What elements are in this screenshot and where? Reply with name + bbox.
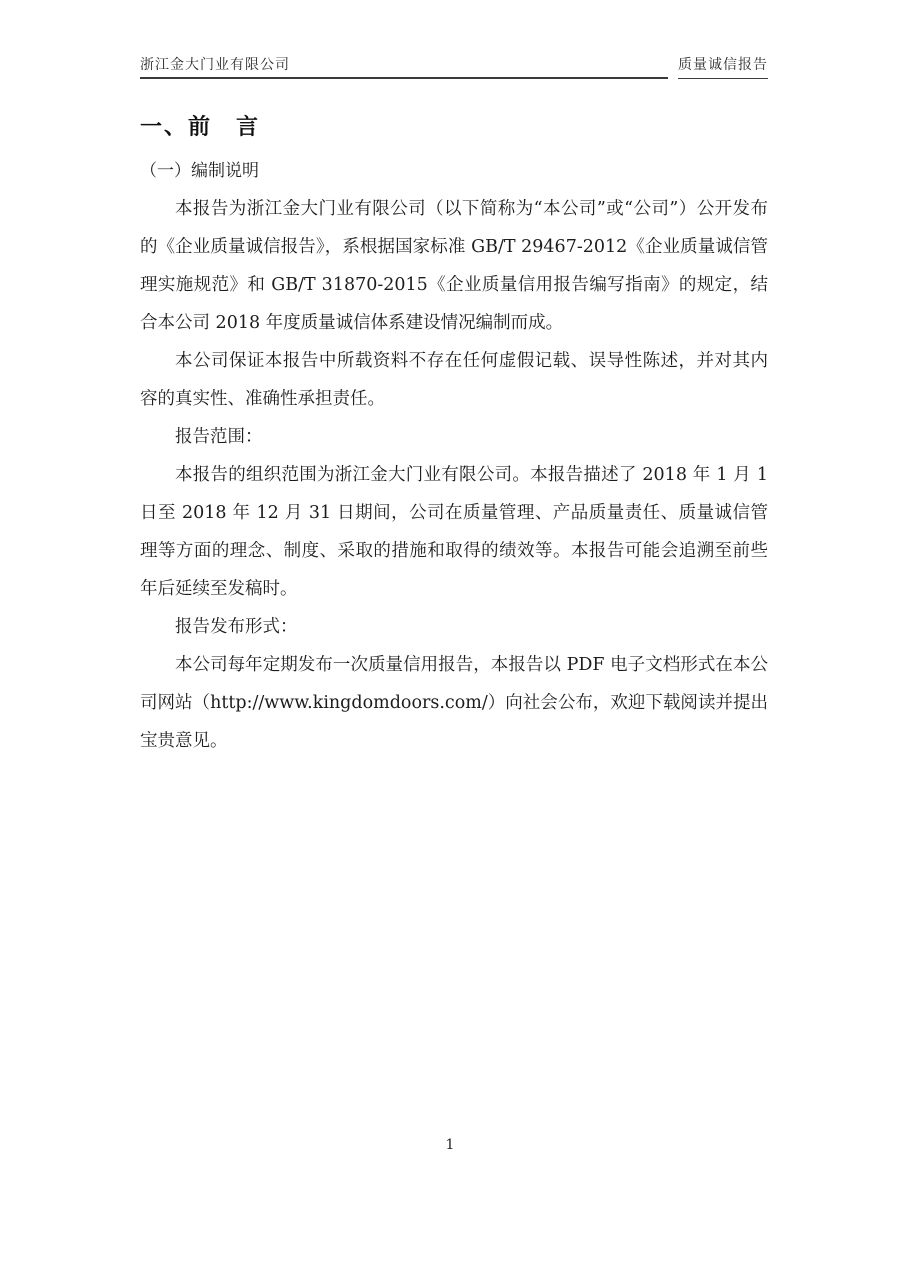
paragraph: 本公司每年定期发布一次质量信用报告，本报告以 PDF 电子文档形式在本公司网站（…: [140, 646, 768, 760]
page-header: 浙江金大门业有限公司 质量诚信报告: [140, 54, 768, 79]
header-report-name: 质量诚信报告: [678, 54, 768, 79]
header-rule: 浙江金大门业有限公司: [140, 54, 668, 79]
paragraph: 本公司保证本报告中所载资料不存在任何虚假记载、误导性陈述，并对其内容的真实性、准…: [140, 342, 768, 418]
page-number: 1: [0, 1137, 900, 1153]
section-subtitle: （一）编制说明: [140, 156, 768, 186]
section-title: 一、前 言: [140, 112, 768, 142]
paragraph: 本报告的组织范围为浙江金大门业有限公司。本报告描述了 2018 年 1 月 1 …: [140, 456, 768, 608]
document-body: 一、前 言 （一）编制说明 本报告为浙江金大门业有限公司（以下简称为“本公司”或…: [140, 112, 768, 760]
paragraph-report-release-label: 报告发布形式：: [140, 608, 768, 646]
paragraph-block: 本报告为浙江金大门业有限公司（以下简称为“本公司”或“公司”）公开发布的《企业质…: [140, 190, 768, 760]
document-page: 浙江金大门业有限公司 质量诚信报告 一、前 言 （一）编制说明 本报告为浙江金大…: [0, 0, 900, 1261]
paragraph-report-scope-label: 报告范围：: [140, 418, 768, 456]
header-company-name: 浙江金大门业有限公司: [140, 57, 290, 73]
paragraph: 本报告为浙江金大门业有限公司（以下简称为“本公司”或“公司”）公开发布的《企业质…: [140, 190, 768, 342]
